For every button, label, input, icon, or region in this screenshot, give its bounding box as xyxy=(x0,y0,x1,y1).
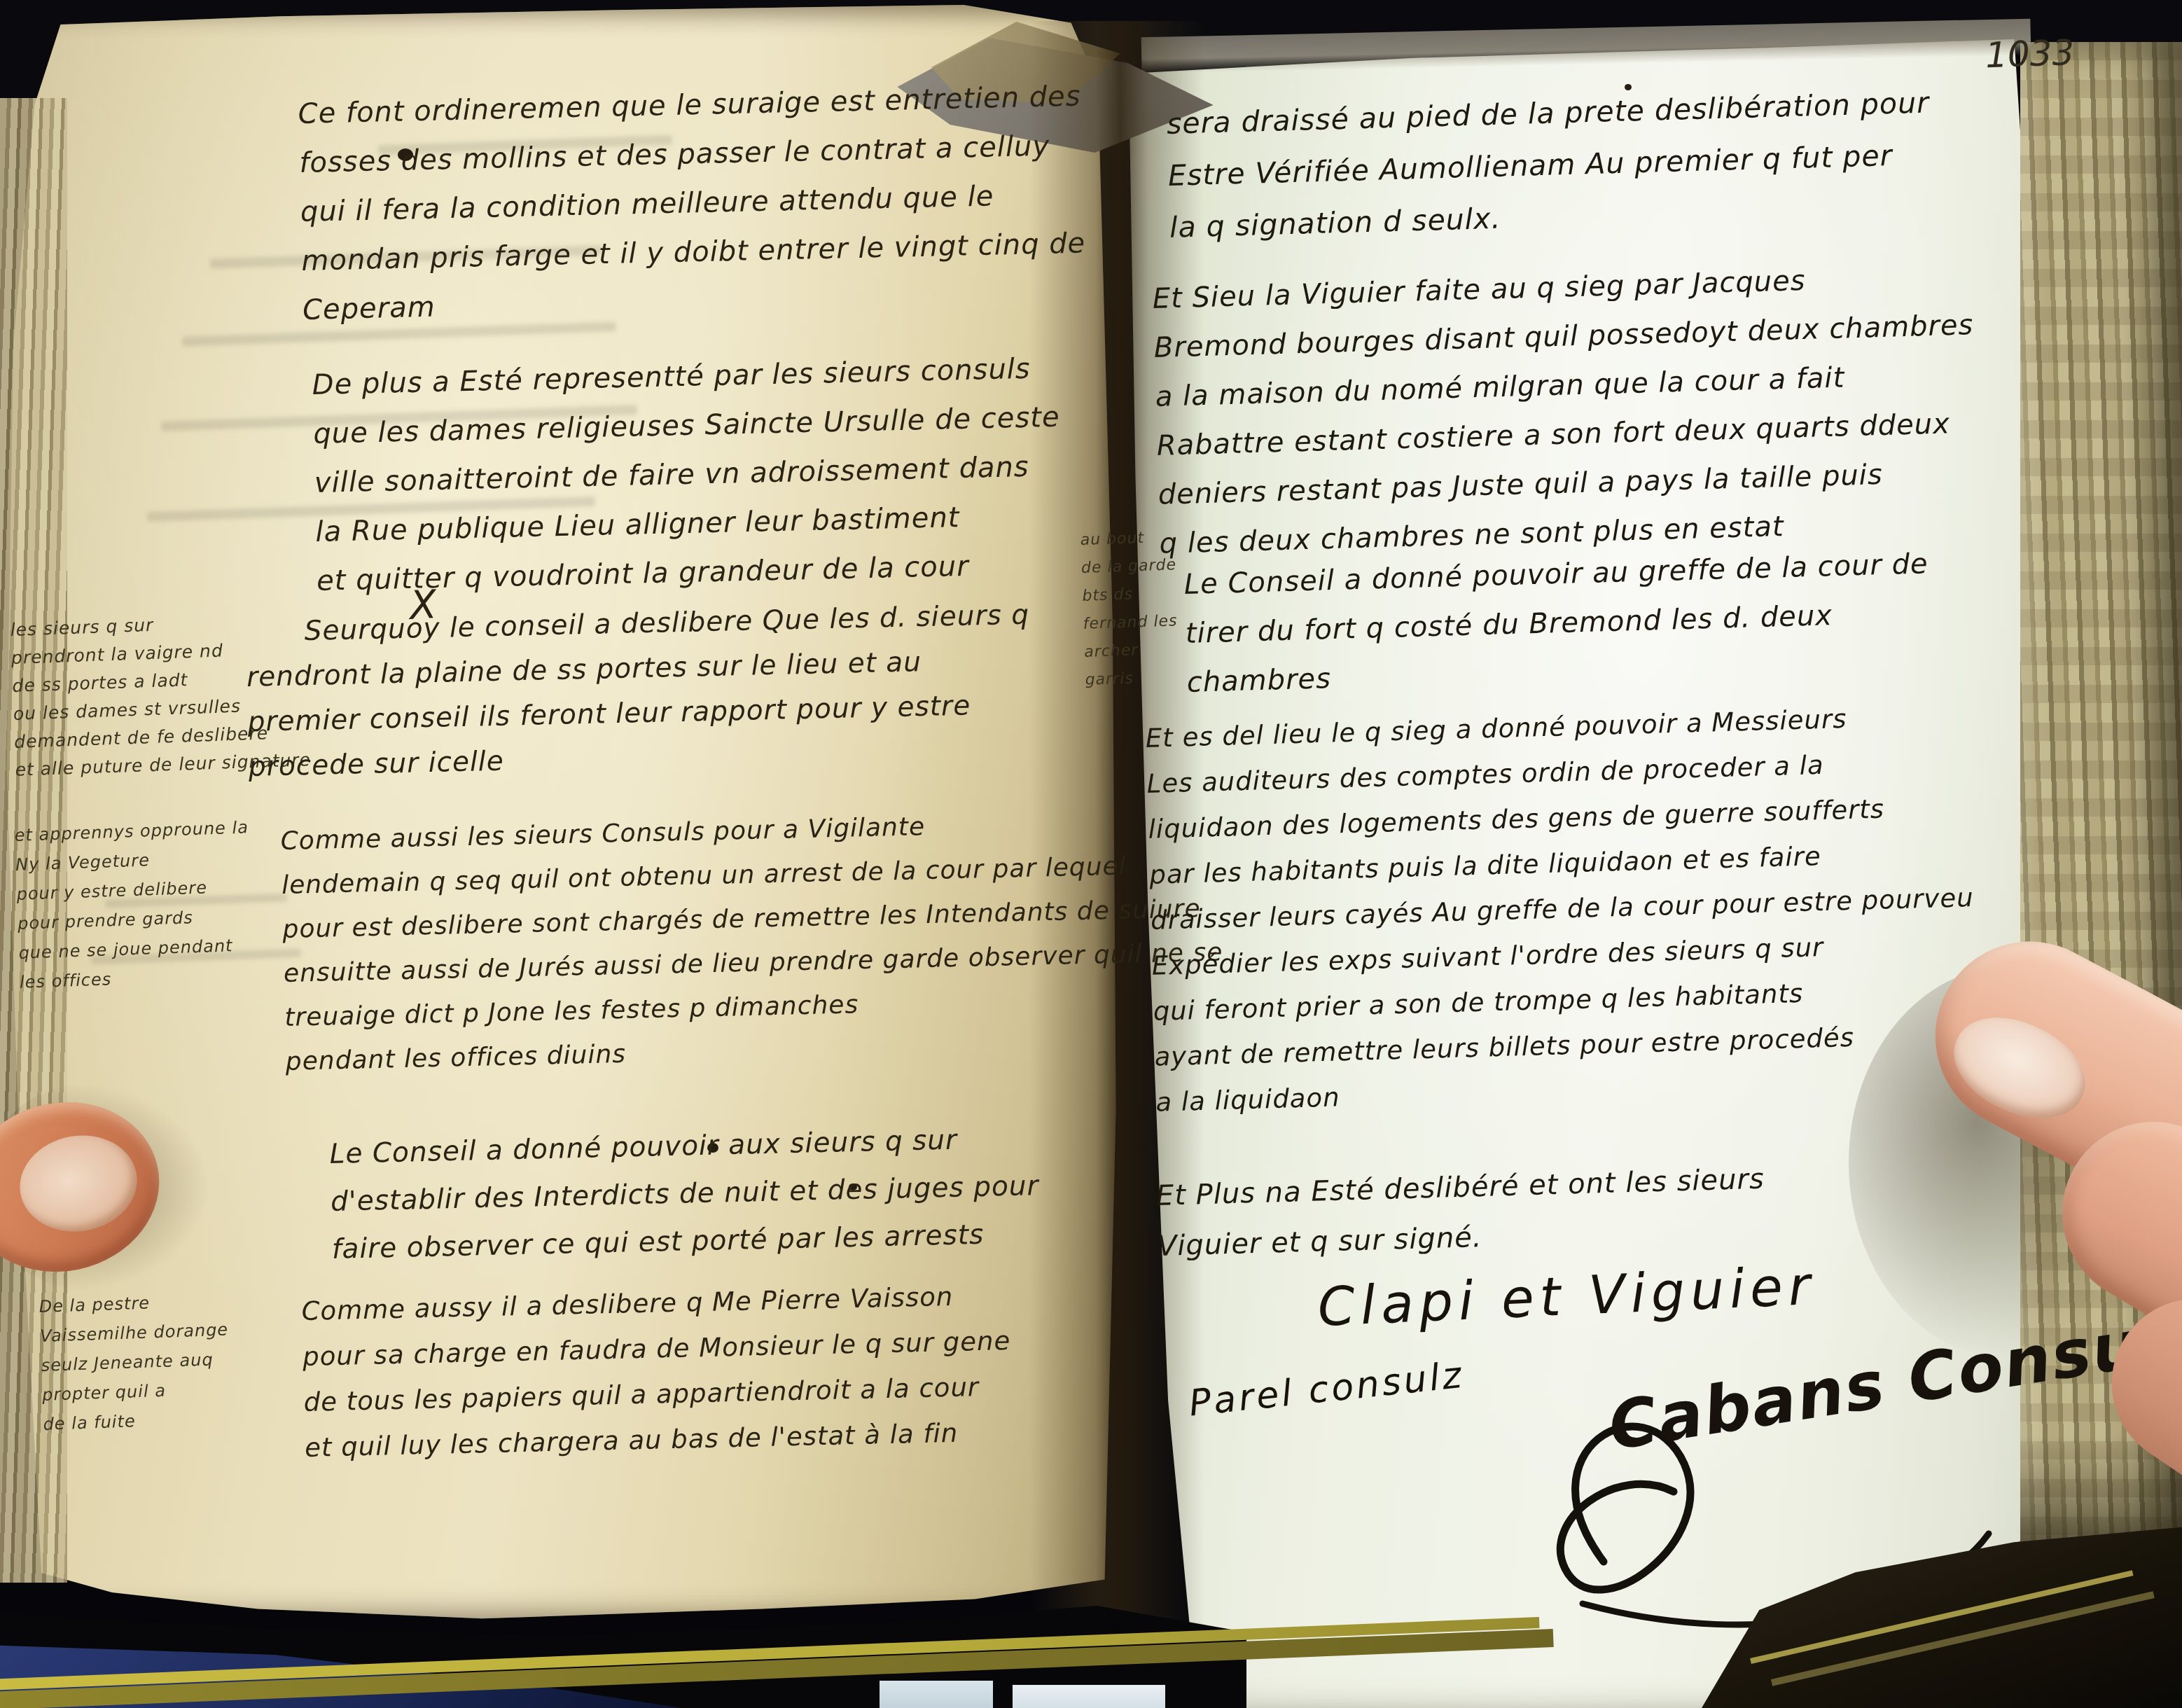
right-page-paragraph-3: Le Conseil a donné pouvoir au greffe de … xyxy=(1183,539,1931,707)
object-under-table-right xyxy=(1013,1685,1165,1708)
handwritten-line: archer xyxy=(1084,635,1180,667)
object-under-table-left xyxy=(880,1681,993,1708)
page-number: 1033 xyxy=(1985,32,2075,76)
handwritten-line: fernand les xyxy=(1083,607,1179,639)
left-page-paragraph-6: Comme aussy il a deslibere q Me Pierre V… xyxy=(301,1272,1013,1471)
left-page-paragraph-2: De plus a Esté representté par les sieur… xyxy=(312,344,1064,606)
left-margin-note-3: De la pestreVaissemilhe dorangeseulz Jen… xyxy=(39,1286,232,1439)
photograph-of-open-manuscript-register: Ce font ordineremen que le suraige est e… xyxy=(0,0,2182,1708)
handwritten-line: garris xyxy=(1085,663,1181,695)
right-page-paragraph-1: sera draissé au pied de la prete deslibé… xyxy=(1166,77,1933,254)
right-margin-note-1: au boutde la gardebts dsfernand lesarche… xyxy=(1080,523,1181,695)
right-page-paragraph-2: Et Sieu la Viguier faite au q sieg par J… xyxy=(1152,251,1980,569)
handwritten-line: bts ds xyxy=(1082,579,1178,611)
right-page-paragraph-4: Et es del lieu le q sieg a donné pouvoir… xyxy=(1145,693,1980,1125)
left-margin-note-2: et apprennys opproune laNy la Vegeturepo… xyxy=(14,812,254,997)
handwritten-line: de la garde xyxy=(1080,551,1176,583)
right-page-paragraph-5: Et Plus na Esté deslibéré et ont les sie… xyxy=(1155,1154,1767,1272)
left-page-paragraph-3: Seurquoy le conseil a deslibere Que les … xyxy=(245,593,1033,790)
left-page-paragraph-4: Comme aussi les sieurs Consuls pour a Vi… xyxy=(280,798,1225,1084)
handwritten-line: au bout xyxy=(1080,523,1176,555)
left-page-paragraph-1: Ce font ordineremen que le suraige est e… xyxy=(298,72,1087,335)
left-page-paragraph-5: Le Conseil a donné pouvoir aux sieurs q … xyxy=(329,1115,1041,1274)
